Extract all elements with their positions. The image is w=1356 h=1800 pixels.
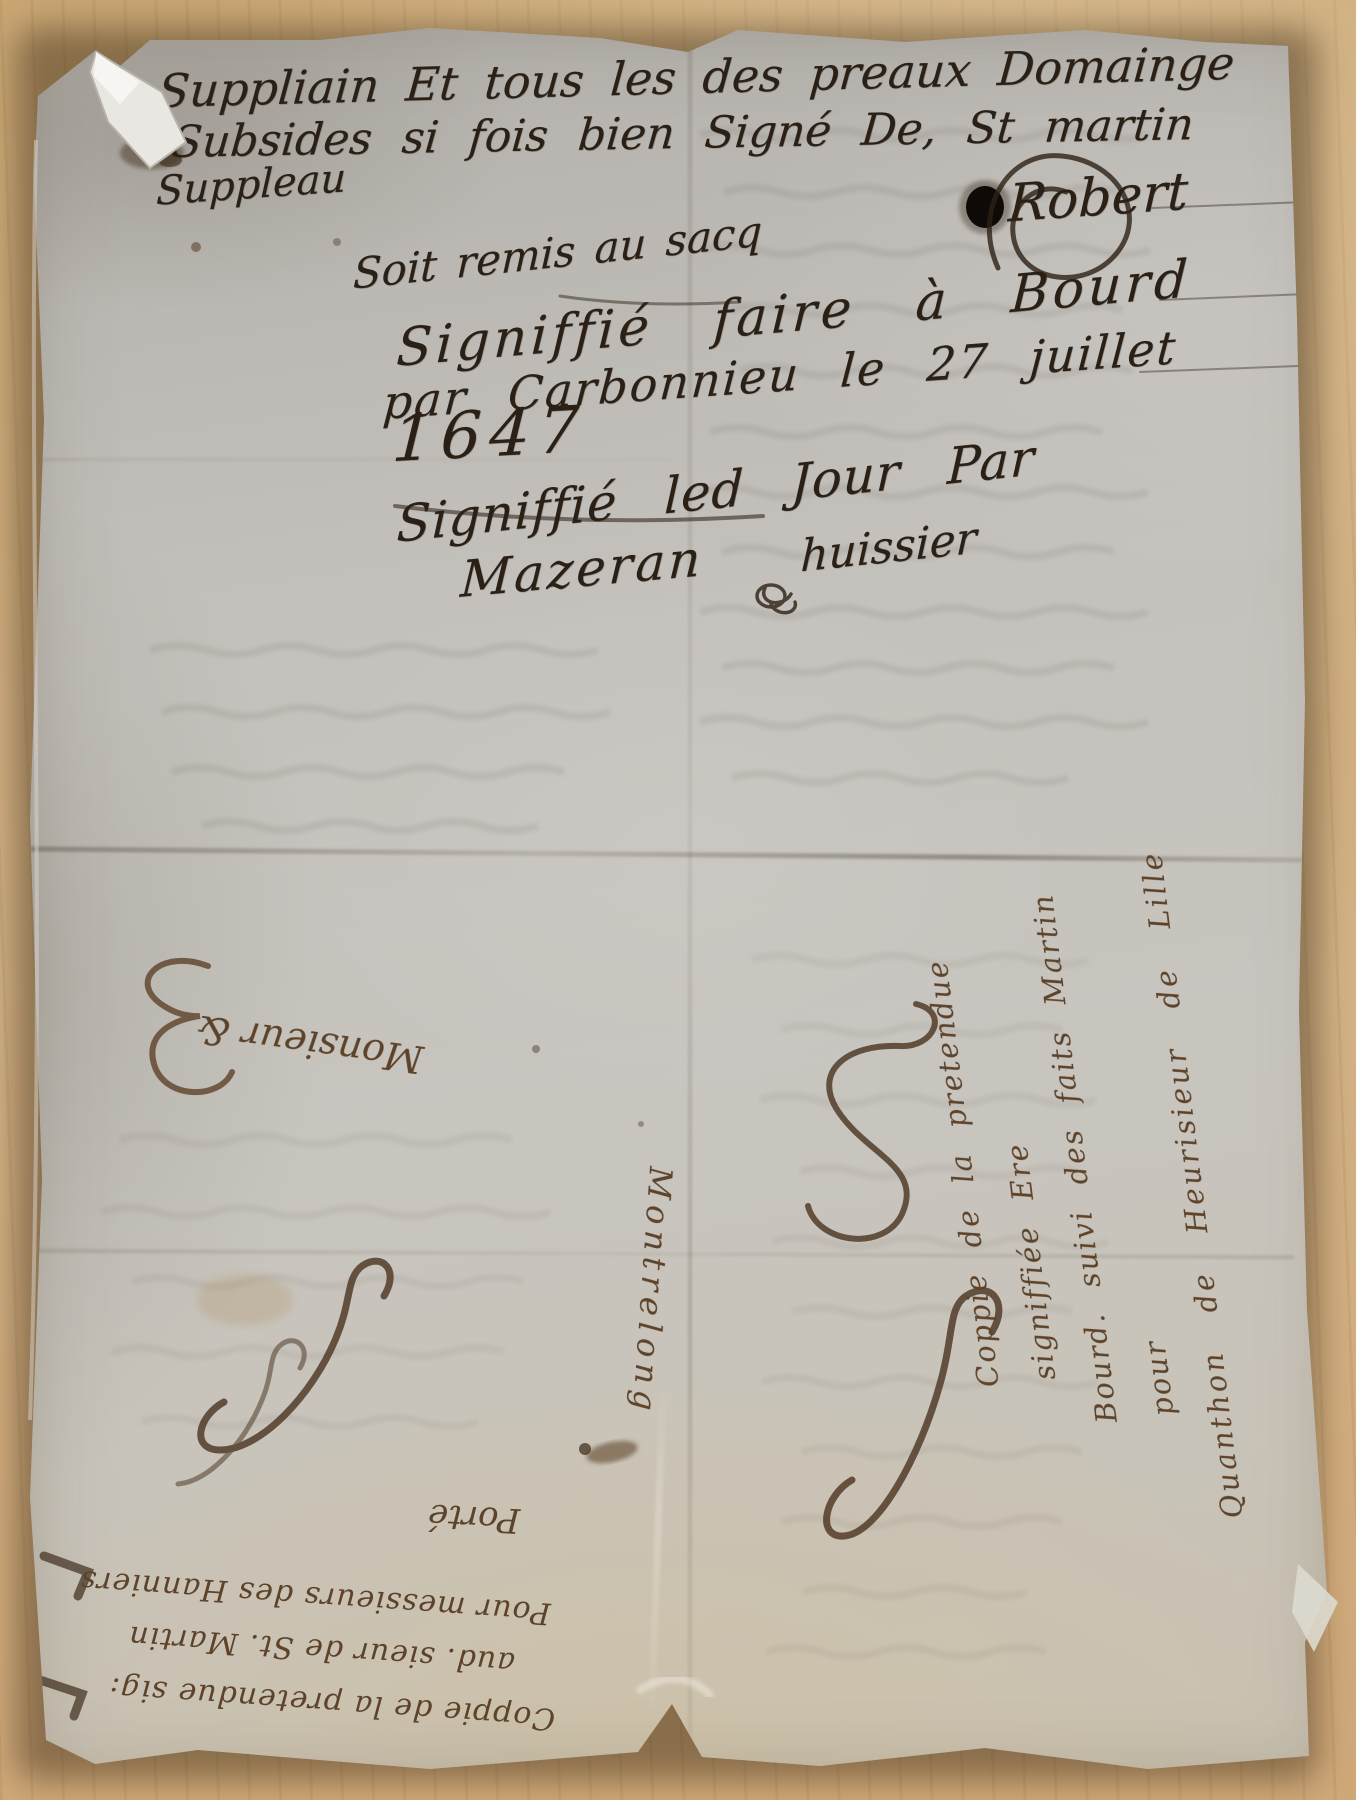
- photo-scene: Suppliain Et tous les des preaux Domaing…: [0, 0, 1356, 1800]
- left-edge-highlight: [30, 140, 37, 1420]
- paper-edge-details: [0, 0, 1356, 1800]
- corner-fold: [1292, 1564, 1338, 1652]
